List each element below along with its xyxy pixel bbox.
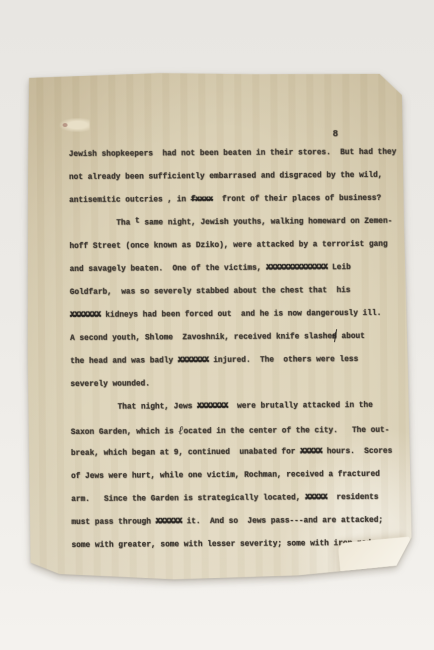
- text-line: A second youth, Shlome Zavoshnik, receiv…: [70, 326, 406, 351]
- typed-text: the head and was badly: [70, 357, 178, 366]
- smudge-mark: [60, 118, 90, 132]
- corrected-letter: ds: [332, 333, 337, 341]
- typed-text: same night, Jewish youths, walking homew…: [140, 218, 393, 228]
- typed-text: hours. Scores: [322, 448, 392, 456]
- typed-text: That night, Jews: [118, 403, 198, 412]
- text-line: That night, Jews XXXXXXX were brutally a…: [70, 395, 406, 420]
- typed-text: were brutally attacked in the: [228, 402, 373, 411]
- typed-text: Saxon Garden, which is: [71, 428, 179, 437]
- typed-text: must pass through: [71, 518, 155, 527]
- text-line: hoff Street (once known as Dziko), were …: [69, 234, 405, 259]
- typed-text: break, which began at 9, continued unaba…: [71, 448, 300, 458]
- photo-background: 8 Jewish shopkeepers had not been beaten…: [0, 0, 434, 650]
- text-line: and savagely beaten. One of the victims,…: [70, 257, 406, 282]
- text-line: Jewish shopkeepers had not been beaten i…: [69, 142, 405, 167]
- corner-fold: [338, 537, 414, 586]
- typed-text: injured. The others were less: [209, 356, 359, 365]
- typed-text: it. And so Jews pass---and are attacked;: [182, 517, 383, 526]
- typed-text: severely wounded.: [70, 380, 150, 389]
- text-line: break, which began at 9, continued unaba…: [71, 441, 407, 466]
- text-line: must pass through XXXXXX it. And so Jews…: [71, 510, 407, 535]
- typed-text: Goldfarb, was so severely stabbed about …: [70, 287, 351, 297]
- typed-text: Tha: [116, 220, 135, 228]
- typed-text: and savagely beaten. One of the victims,: [70, 265, 267, 274]
- typed-text: of Jews were hurt, while one victim, Roc…: [71, 471, 380, 481]
- overstruck-text: XXXXXX: [156, 518, 182, 526]
- raised-letter: t: [135, 218, 140, 226]
- paper-shadow: 8 Jewish shopkeepers had not been beaten…: [25, 71, 412, 581]
- typed-text: arm. Since the Garden is strategically l…: [71, 494, 305, 504]
- overstruck-text: XXXXXXX: [197, 403, 228, 411]
- typed-text: ocated in the center of the city. The ou…: [183, 427, 389, 436]
- typed-text: Leib: [327, 264, 350, 272]
- typed-text: residents: [327, 494, 379, 502]
- text-line: of Jews were hurt, while one victim, Roc…: [71, 464, 407, 489]
- typed-text: antisemitic outcries , in: [69, 196, 191, 205]
- overstruck-text: XXXXXXX: [70, 312, 101, 320]
- typed-text: not already been sufficiently embarrased…: [69, 172, 383, 182]
- overstruck-text: XXXXXXX: [178, 357, 209, 365]
- page-number: 8: [333, 129, 338, 139]
- overstruck-text: XXXXXXXXXXXXXX: [266, 264, 327, 272]
- text-line: the head and was badly XXXXXXX injured. …: [70, 349, 406, 374]
- text-line: XXXXXXX kidneys had been forced out and …: [70, 303, 406, 328]
- typed-text: some with greater, some with lesser seve…: [72, 540, 381, 550]
- overstruck-text: XXXXX: [305, 494, 327, 502]
- typed-text: A second youth, Shlome Zavoshnik, receiv…: [70, 333, 332, 343]
- text-line: arm. Since the Garden is strategically l…: [71, 487, 407, 512]
- document-page: 8 Jewish shopkeepers had not been beaten…: [25, 71, 412, 581]
- typed-text: hoff Street (once known as Dziko), were …: [69, 241, 387, 251]
- typed-text: Jewish shopkeepers had not been beaten i…: [69, 149, 397, 159]
- text-line: severely wounded.: [70, 372, 406, 397]
- text-line: Saxon Garden, which is ℓocated in the ce…: [71, 418, 407, 443]
- text-line: antisemitic outcries , in fxxxx front of…: [69, 188, 405, 213]
- overstruck-text: fxxxx: [191, 196, 213, 204]
- text-line: not already been sufficiently embarrased…: [69, 165, 405, 190]
- text-line: Goldfarb, was so severely stabbed about …: [70, 280, 406, 305]
- typed-text: front of their places of business?: [213, 195, 382, 204]
- text-line: Tha t same night, Jewish youths, walking…: [69, 211, 405, 236]
- typed-text: kidneys had been forced out and he is no…: [101, 310, 382, 320]
- typed-text: about: [337, 333, 365, 341]
- typewritten-lines: Jewish shopkeepers had not been beaten i…: [69, 142, 408, 558]
- overstruck-text: XXXXX: [300, 448, 322, 456]
